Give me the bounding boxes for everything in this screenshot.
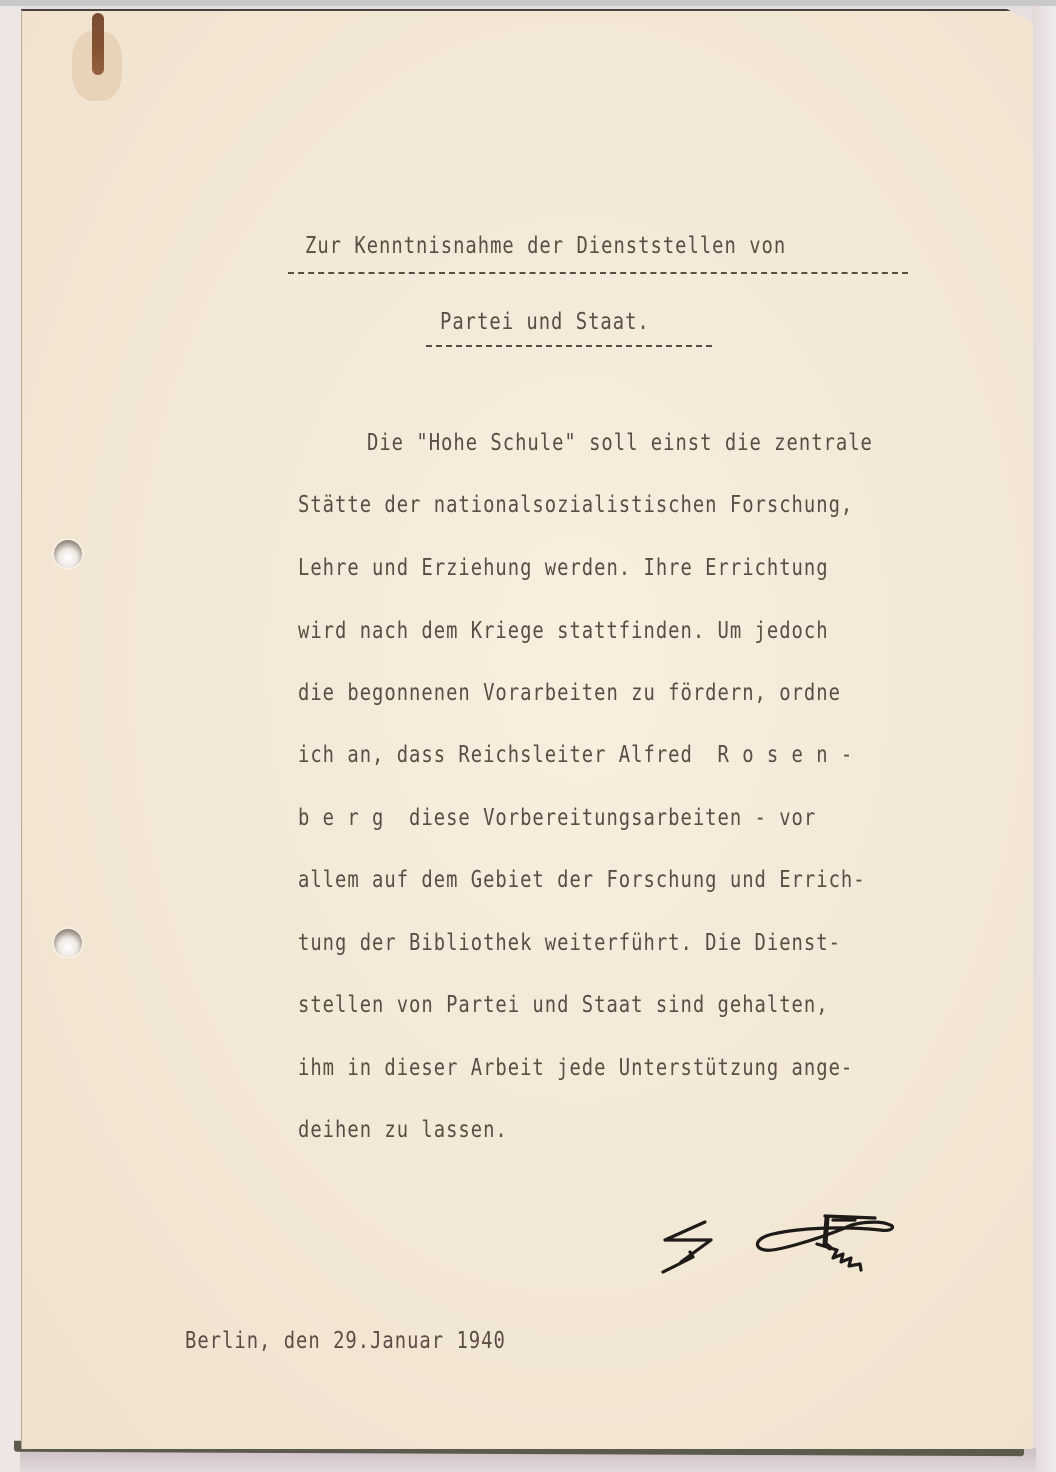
body-line: tung der Bibliothek weiterführt. Die Die… — [298, 930, 841, 956]
heading-line-1: Zur Kenntnisnahme der Dienststellen von — [305, 233, 786, 259]
body-line: ihm in dieser Arbeit jede Unterstützung … — [298, 1055, 853, 1081]
punch-hole-bottom — [54, 929, 82, 957]
dateline: Berlin, den 29.Januar 1940 — [185, 1328, 506, 1354]
scan-backdrop-left — [0, 6, 22, 1472]
body-line: allem auf dem Gebiet der Forschung und E… — [298, 867, 866, 893]
handwritten-signature — [655, 1210, 905, 1280]
body-line: die begonnenen Vorarbeiten zu fördern, o… — [298, 680, 841, 706]
body-line: Stätte der nationalsozialistischen Forsc… — [298, 492, 853, 518]
body-line: Die "Hohe Schule" soll einst die zentral… — [367, 430, 873, 456]
rust-stain-mark — [92, 13, 104, 75]
heading-underline-1 — [288, 272, 908, 274]
heading-underline-2 — [426, 345, 712, 347]
body-line: stellen von Partei und Staat sind gehalt… — [298, 992, 829, 1018]
body-line: wird nach dem Kriege stattfinden. Um jed… — [298, 618, 829, 644]
body-line: deihen zu lassen. — [298, 1117, 508, 1143]
body-line: b e r g diese Vorbereitungsarbeiten - vo… — [298, 805, 816, 831]
scan-backdrop-top — [0, 0, 1056, 6]
punch-hole-top — [54, 540, 82, 568]
body-line: ich an, dass Reichsleiter Alfred R o s e… — [298, 742, 853, 768]
body-line: Lehre und Erziehung werden. Ihre Erricht… — [298, 555, 829, 581]
scan-backdrop-right — [1032, 6, 1056, 1472]
heading-line-2: Partei und Staat. — [440, 309, 650, 335]
